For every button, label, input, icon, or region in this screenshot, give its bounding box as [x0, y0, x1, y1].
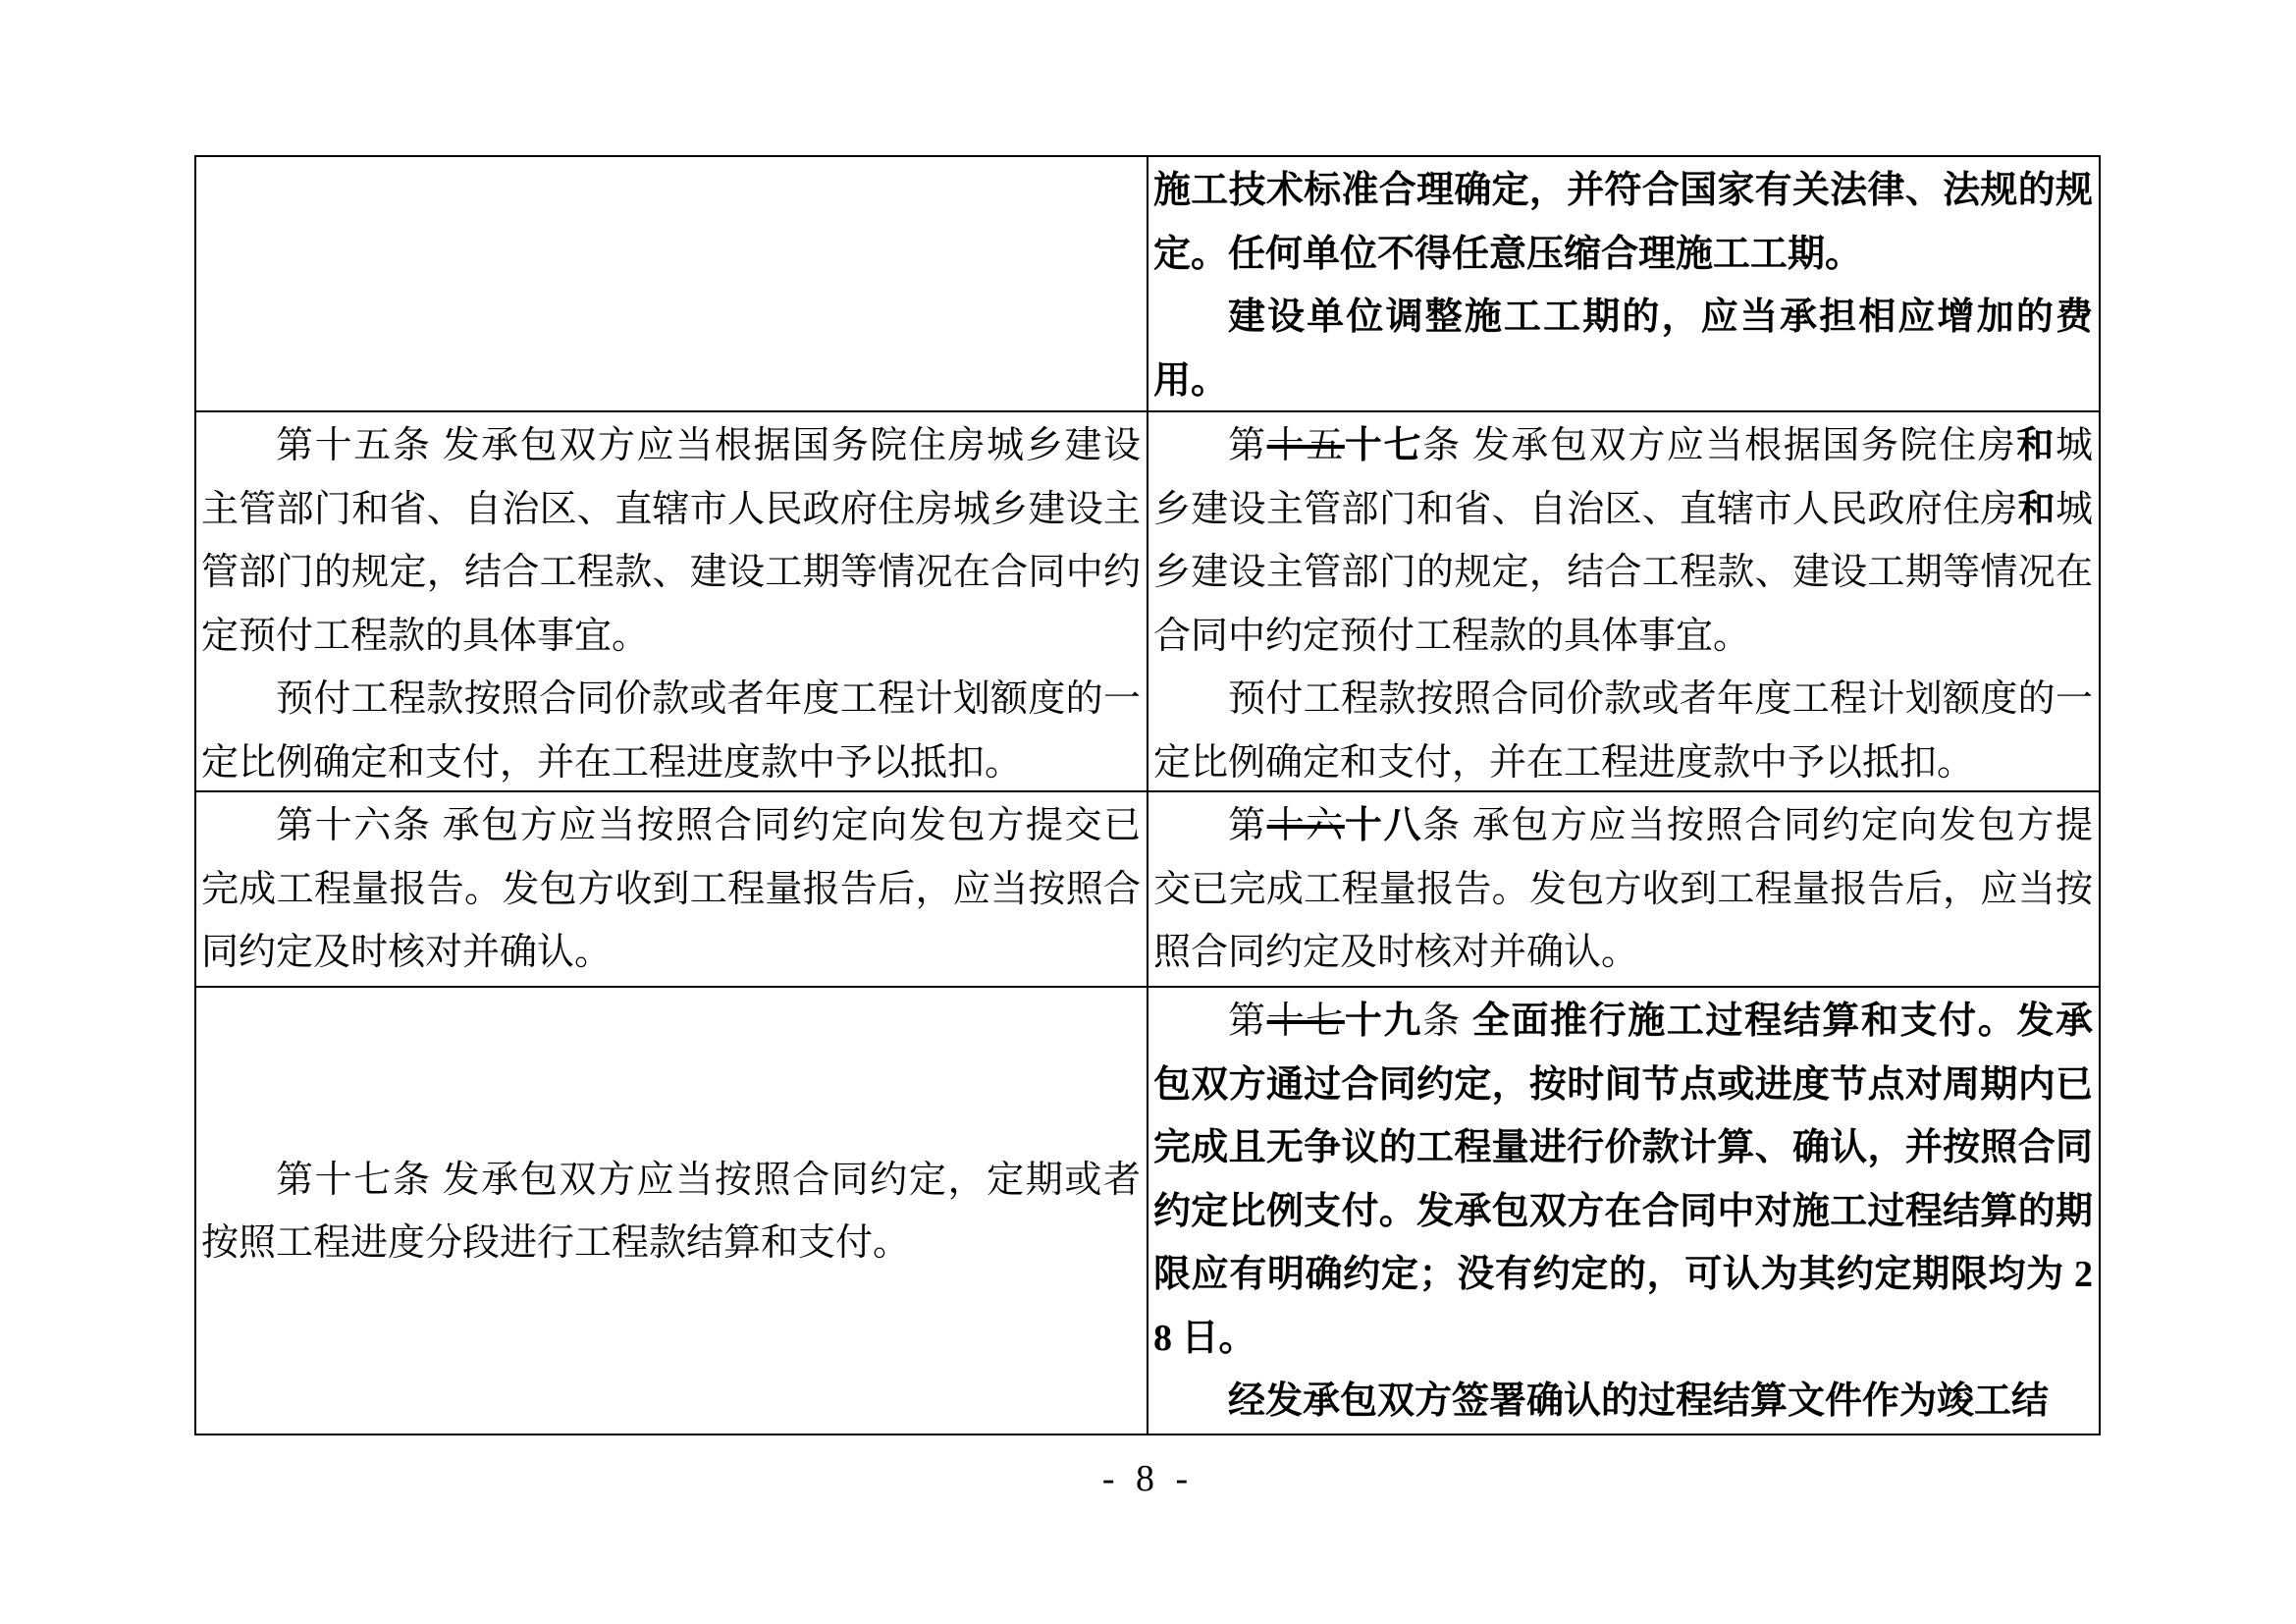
paragraph: 预付工程款按照合同价款或者年度工程计划额度的一定比例确定和支付，并在工程进度款中… — [201, 668, 1141, 792]
inserted-text: 施工技术标准合理确定，并符合国家有关法律、法规的规定。任何单位不得任意压缩合理施… — [1153, 170, 2093, 275]
text-segment: 第 — [1228, 1001, 1267, 1042]
paragraph: 第十六条 承包方应当按照合同约定向发包方提交已完成工程量报告。发包方收到工程量报… — [201, 794, 1141, 985]
table-cell-row4-revised: 第十七十九条 全面推行施工过程结算和支付。发承包双方通过合同约定，按时间节点或进… — [1148, 988, 2101, 1435]
text-segment: 预付工程款按照合同价款或者年度工程计划额度的一定比例确定和支付，并在工程进度款中… — [201, 678, 1141, 784]
inserted-text: 经发承包双方签署确认的过程结算文件作为竣工结 — [1228, 1380, 2049, 1422]
inserted-text: 和 — [2018, 489, 2056, 530]
paragraph: 施工技术标准合理确定，并符合国家有关法律、法规的规定。任何单位不得任意压缩合理施… — [1153, 159, 2093, 286]
inserted-text: 和 — [2016, 425, 2056, 466]
table-cell-row2-revised: 第十五十七条 发承包双方应当根据国务院住房和城乡建设主管部门和省、自治区、直辖市… — [1148, 412, 2101, 792]
paragraph: 第十六十八条 承包方应当按照合同约定向发包方提交已完成工程量报告。发包方收到工程… — [1153, 794, 2093, 985]
table-cell-row3-original: 第十六条 承包方应当按照合同约定向发包方提交已完成工程量报告。发包方收到工程量报… — [196, 792, 1148, 988]
text-segment: 第十五条 发承包双方应当根据国务院住房城乡建设主管部门和省、自治区、直辖市人民政… — [201, 425, 1141, 657]
text-segment: 第 — [1228, 425, 1267, 466]
text-segment: 条 发承包双方应当根据国务院住房 — [1422, 425, 2016, 466]
text-segment: 条 — [1422, 1001, 1462, 1042]
paragraph: 经发承包双方签署确认的过程结算文件作为竣工结 — [1153, 1370, 2093, 1434]
paragraph: 第十五条 发承包双方应当根据国务院住房城乡建设主管部门和省、自治区、直辖市人民政… — [201, 414, 1141, 668]
inserted-text: 全面推行施工过程结算和支付。发承包双方通过合同约定，按时间节点或进度节点对周期内… — [1153, 1001, 2093, 1359]
paragraph: 建设单位调整施工工期的，应当承担相应增加的费用。 — [1153, 286, 2093, 412]
page-number: - 8 - — [0, 1457, 2296, 1500]
text-segment: 第十六条 承包方应当按照合同约定向发包方提交已完成工程量报告。发包方收到工程量报… — [201, 805, 1141, 973]
inserted-text: 十八 — [1345, 805, 1422, 846]
paragraph: 第十七条 发承包双方应当按照合同约定，定期或者按照工程进度分段进行工程款结算和支… — [201, 1149, 1141, 1275]
deleted-text: 十七 — [1267, 1001, 1345, 1042]
table-cell-row2-original: 第十五条 发承包双方应当根据国务院住房城乡建设主管部门和省、自治区、直辖市人民政… — [196, 412, 1148, 792]
document-page: 施工技术标准合理确定，并符合国家有关法律、法规的规定。任何单位不得任意压缩合理施… — [0, 0, 2296, 1624]
paragraph: 第十五十七条 发承包双方应当根据国务院住房和城乡建设主管部门和省、自治区、直辖市… — [1153, 414, 2093, 668]
inserted-text: 十七 — [1345, 425, 1422, 466]
deleted-text: 十五 — [1267, 425, 1345, 466]
table-cell-row3-revised: 第十六十八条 承包方应当按照合同约定向发包方提交已完成工程量报告。发包方收到工程… — [1148, 792, 2101, 988]
text-segment: 预付工程款按照合同价款或者年度工程计划额度的一定比例确定和支付，并在工程进度款中… — [1153, 678, 2093, 784]
inserted-text: 十九 — [1345, 1001, 1422, 1042]
text-segment: 第 — [1228, 805, 1267, 846]
inserted-text: 建设单位调整施工工期的，应当承担相应增加的费用。 — [1153, 297, 2093, 402]
text-segment: 第十七条 发承包双方应当按照合同约定，定期或者按照工程进度分段进行工程款结算和支… — [201, 1160, 1141, 1265]
paragraph: 预付工程款按照合同价款或者年度工程计划额度的一定比例确定和支付，并在工程进度款中… — [1153, 668, 2093, 792]
table-cell-row1-revised: 施工技术标准合理确定，并符合国家有关法律、法规的规定。任何单位不得任意压缩合理施… — [1148, 157, 2101, 412]
table-cell-row4-original: 第十七条 发承包双方应当按照合同约定，定期或者按照工程进度分段进行工程款结算和支… — [196, 988, 1148, 1435]
paragraph: 第十七十九条 全面推行施工过程结算和支付。发承包双方通过合同约定，按时间节点或进… — [1153, 990, 2093, 1370]
deleted-text: 十六 — [1267, 805, 1345, 846]
table-cell-row1-original — [196, 157, 1148, 412]
comparison-table: 施工技术标准合理确定，并符合国家有关法律、法规的规定。任何单位不得任意压缩合理施… — [194, 155, 2101, 1435]
